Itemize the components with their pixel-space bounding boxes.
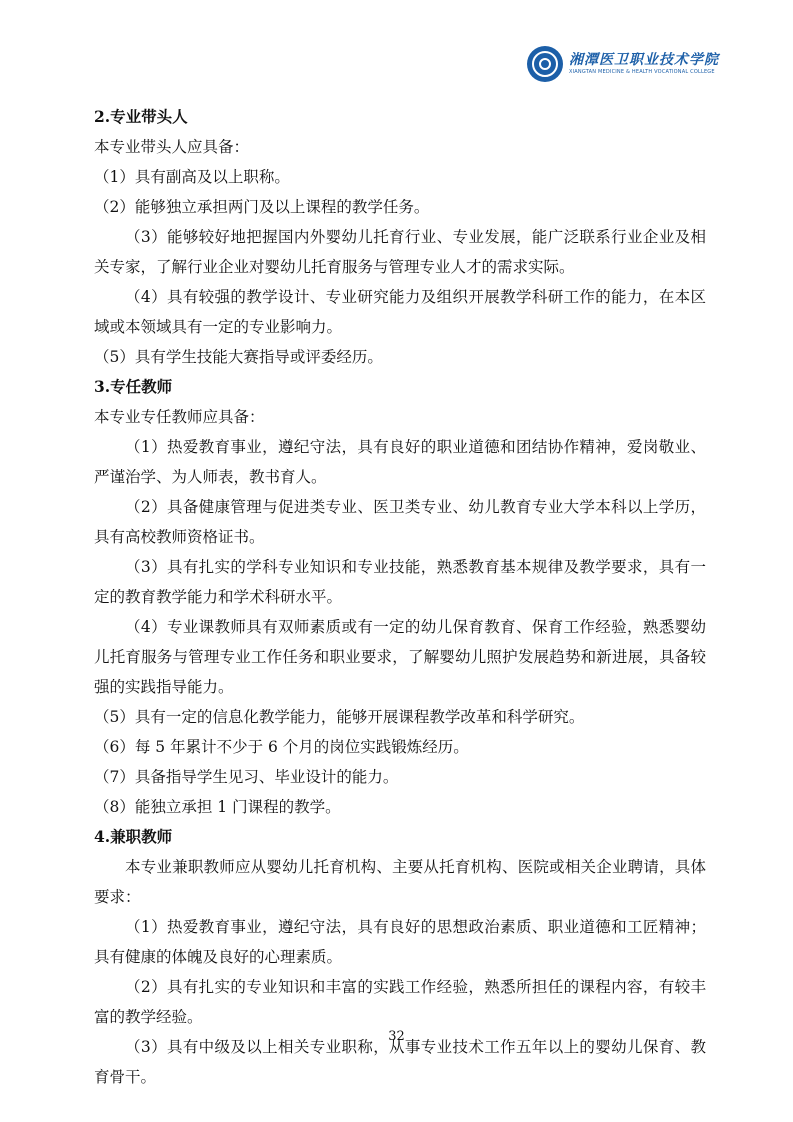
- list-item: （4）专业课教师具有双师素质或有一定的幼儿保育教育、保育工作经验，熟悉婴幼儿托育…: [94, 612, 706, 702]
- list-item: （8）能独立承担 1 门课程的教学。: [94, 792, 706, 822]
- list-item: （6）每 5 年累计不少于 6 个月的岗位实践锻炼经历。: [94, 732, 706, 762]
- list-item: （4）具有较强的教学设计、专业研究能力及组织开展教学科研工作的能力，在本区域或本…: [94, 282, 706, 342]
- list-item: （7）具备指导学生见习、毕业设计的能力。: [94, 762, 706, 792]
- list-item: （2）具有扎实的专业知识和丰富的实践工作经验，熟悉所担任的课程内容，有较丰富的教…: [94, 972, 706, 1032]
- college-emblem-icon: [527, 46, 563, 82]
- college-name-cn: 湘潭医卫职业技术学院: [569, 52, 719, 68]
- list-item: （3）具有扎实的学科专业知识和专业技能，熟悉教育基本规律及教学要求，具有一定的教…: [94, 552, 706, 612]
- section-intro: 本专业专任教师应具备：: [94, 402, 706, 432]
- list-item: （1）具有副高及以上职称。: [94, 162, 706, 192]
- college-name-en: XIANGTAN MEDICINE & HEALTH VOCATIONAL CO…: [569, 68, 719, 76]
- list-item: （5）具有一定的信息化教学能力，能够开展课程教学改革和科学研究。: [94, 702, 706, 732]
- list-item: （1）热爱教育事业，遵纪守法，具有良好的思想政治素质、职业道德和工匠精神；具有健…: [94, 912, 706, 972]
- section-intro: 本专业兼职教师应从婴幼儿托育机构、主要从托育机构、医院或相关企业聘请，具体要求：: [94, 852, 706, 912]
- section-intro: 本专业带头人应具备：: [94, 132, 706, 162]
- list-item: （1）热爱教育事业，遵纪守法，具有良好的职业道德和团结协作精神，爱岗敬业、严谨治…: [94, 432, 706, 492]
- list-item: （2）具备健康管理与促进类专业、医卫类专业、幼儿教育专业大学本科以上学历，具有高…: [94, 492, 706, 552]
- list-item: （2）能够独立承担两门及以上课程的教学任务。: [94, 192, 706, 222]
- section-heading: 3.专任教师: [94, 372, 706, 402]
- list-item: （5）具有学生技能大赛指导或评委经历。: [94, 342, 706, 372]
- list-item: （3）能够较好地把握国内外婴幼儿托育行业、专业发展，能广泛联系行业企业及相关专家…: [94, 222, 706, 282]
- college-logo: 湘潭医卫职业技术学院 XIANGTAN MEDICINE & HEALTH VO…: [527, 46, 719, 82]
- section-heading: 2.专业带头人: [94, 102, 706, 132]
- section-heading: 4.兼职教师: [94, 822, 706, 852]
- page-number: 32: [0, 1029, 793, 1044]
- document-body: 2.专业带头人 本专业带头人应具备： （1）具有副高及以上职称。 （2）能够独立…: [94, 102, 706, 1092]
